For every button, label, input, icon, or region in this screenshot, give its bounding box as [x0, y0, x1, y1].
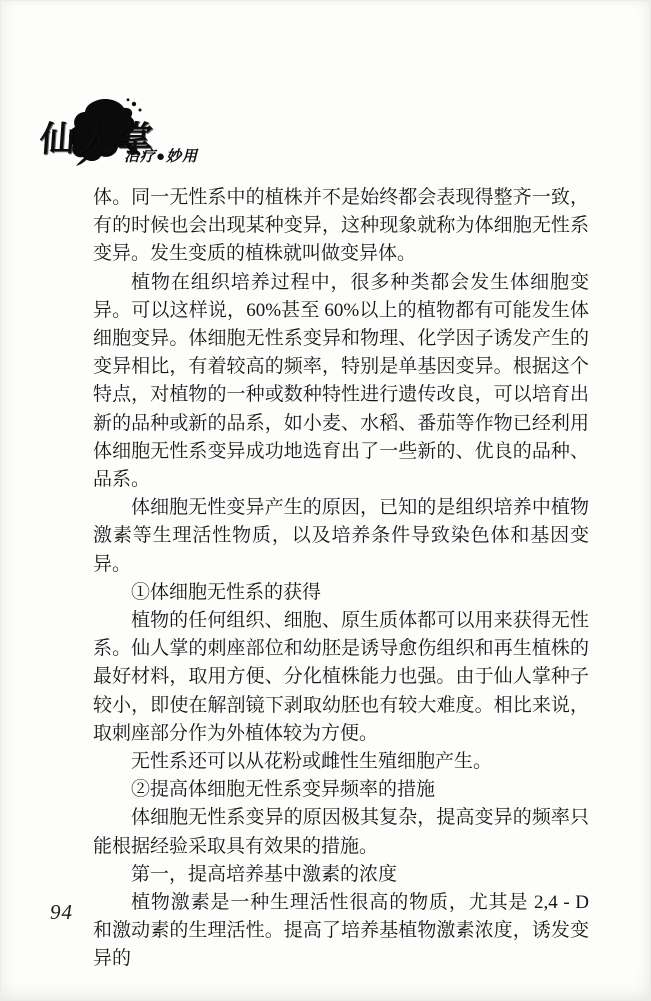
section-heading: ①体细胞无性系的获得 [93, 579, 589, 607]
paragraph: 无性系还可以从花粉或雌性生殖细胞产生。 [93, 748, 589, 776]
page-number: 94 [50, 900, 73, 925]
paragraph: 植物在组织培养过程中，很多种类都会发生体细胞变异。可以这样说，60%甚至 60%… [93, 269, 589, 495]
paragraph: 体。同一无性系中的植株并不是始终都会表现得整齐一致，有的时候也会出现某种变异，这… [93, 184, 589, 269]
paragraph: 体细胞无性系变异的原因极其复杂，提高变异的频率只能根据经验采取具有效果的措施。 [93, 804, 589, 860]
section-heading: ②提高体细胞无性系变异频率的措施 [93, 776, 589, 804]
paragraph: 植物激素是一种生理活性很高的物质，尤其是 2,4 - D 和激动素的生理活性。提… [93, 889, 589, 974]
sub-heading: 第一，提高培养基中激素的浓度 [93, 861, 589, 889]
book-page: 仙人掌 治疗●妙用 体。同一无性系中的植株并不是始终都会表现得整齐一致，有的时候… [0, 0, 651, 1001]
book-logo: 仙人掌 治疗●妙用 [40, 96, 250, 180]
paragraph: 体细胞无性变异产生的原因，已知的是组织培养中植物激素等生理活性物质，以及培养条件… [93, 494, 589, 579]
paragraph: 植物的任何组织、细胞、原生质体都可以用来获得无性系。仙人掌的刺座部位和幼胚是诱导… [93, 607, 589, 748]
page-body: 体。同一无性系中的植株并不是始终都会表现得整齐一致，有的时候也会出现某种变异，这… [93, 184, 589, 974]
logo-subtitle: 治疗●妙用 [124, 145, 198, 166]
